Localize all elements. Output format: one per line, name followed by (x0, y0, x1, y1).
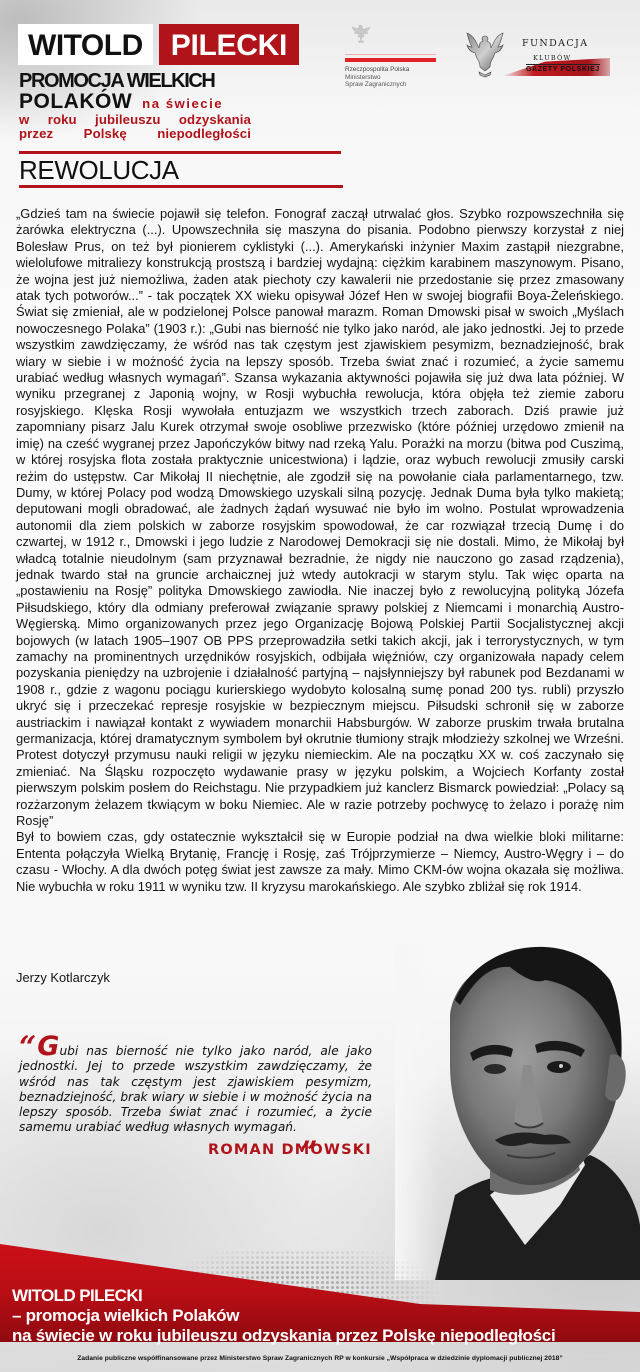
article-body: „Gdzieś tam na świecie pojawił się telef… (16, 206, 624, 895)
main-title: WITOLD PILECKI (18, 24, 299, 65)
title-witold: WITOLD (18, 24, 153, 65)
promo-subtitle: PROMOCJA WIELKICH POLAKÓW na świecie w r… (19, 72, 259, 141)
section-rule-bottom (19, 185, 343, 188)
mfa-logo: Rzeczpospolita Polska Ministerstwo Spraw… (345, 22, 445, 89)
quote-initial: G (37, 1031, 59, 1062)
quote-text: ubi nas bierność nie tylko jako naród, a… (19, 1044, 372, 1134)
pull-quote: “Gubi nas bierność nie tylko jako naród,… (19, 1042, 372, 1141)
banner-line-3: na świecie w roku jubileuszu odzyskania … (12, 1326, 555, 1346)
article-paragraph: Był to bowiem czas, gdy ostatecznie wyks… (16, 829, 624, 895)
promo-line-1: PROMOCJA WIELKICH (19, 72, 259, 91)
fundacja-logo: FUNDACJA KLUBÓW GAZETY POLSKIEJ (460, 28, 612, 80)
section-title: REWOLUCJA (19, 156, 179, 184)
fundacja-line-2: KLUBÓW (533, 54, 571, 62)
polish-eagle-icon (349, 22, 373, 46)
article-paragraph: „Gdzieś tam na świecie pojawił się telef… (16, 206, 624, 829)
promo-line-4: przez Polskę niepodległości (19, 127, 251, 141)
fundacja-line-3: GAZETY POLSKIEJ (526, 64, 600, 73)
article-author: Jerzy Kotlarczyk (16, 970, 110, 985)
banner-line-1: WITOLD PILECKI (12, 1286, 555, 1306)
portrait-photo (395, 945, 640, 1280)
fundacja-line-1: FUNDACJA (522, 38, 589, 49)
promo-na-swiecie: na świecie (142, 97, 223, 111)
title-pilecki: PILECKI (159, 24, 299, 65)
funding-note: Zadanie publiczne współfinansowane przez… (0, 1355, 640, 1362)
footer-banner-text: WITOLD PILECKI – promocja wielkich Polak… (12, 1286, 555, 1346)
flag-line-red (345, 58, 436, 62)
mfa-line-2: Ministerstwo (345, 74, 445, 82)
mfa-line-3: Spraw Zagranicznych (345, 81, 445, 89)
banner-line-2: – promocja wielkich Polaków (12, 1306, 555, 1326)
promo-line-2: POLAKÓW na świecie (19, 91, 259, 113)
promo-line-3: w roku jubileuszu odzyskania (19, 113, 251, 127)
mfa-text: Rzeczpospolita Polska Ministerstwo Spraw… (345, 66, 445, 89)
mfa-line-1: Rzeczpospolita Polska (345, 66, 445, 74)
section-rule-top (19, 151, 341, 154)
military-eagle-icon (460, 30, 510, 80)
quote-author: ROMAN DMOWSKI (208, 1142, 372, 1158)
flag-line-white (345, 54, 436, 55)
promo-polakow: POLAKÓW (19, 91, 132, 113)
